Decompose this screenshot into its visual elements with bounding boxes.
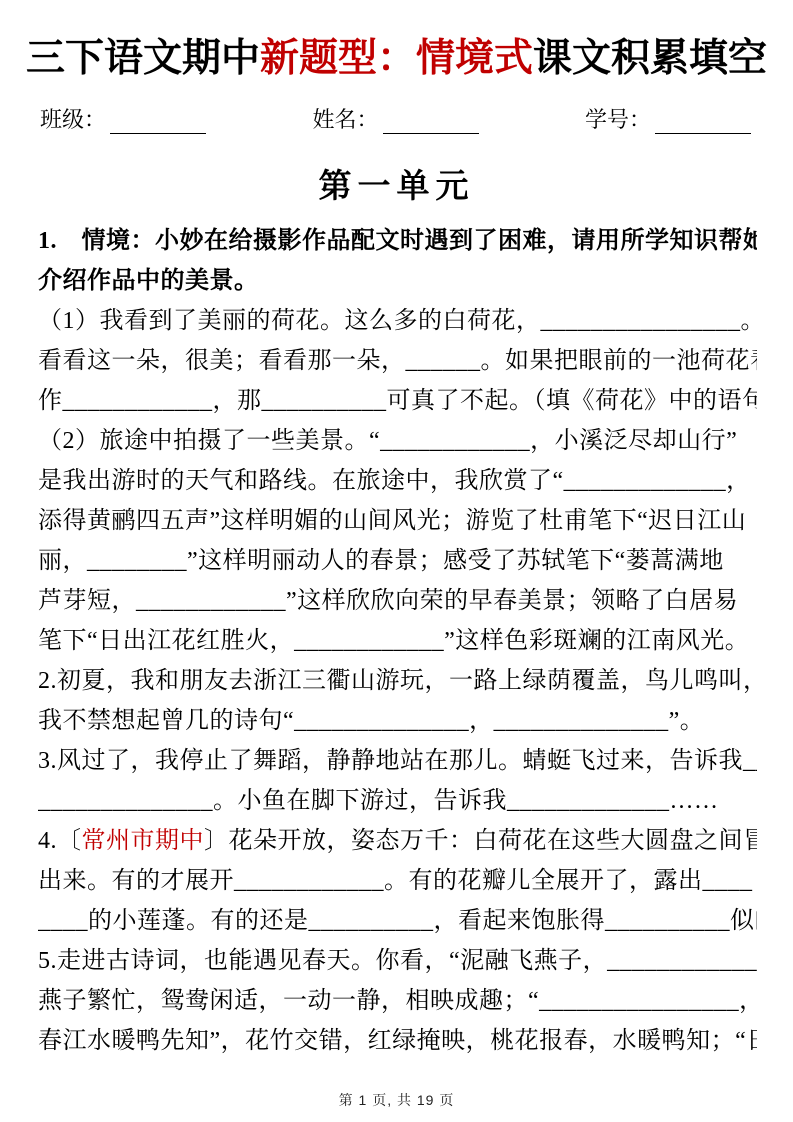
name-blank (383, 112, 479, 134)
q2-line-1: 2.初夏，我和朋友去浙江三衢山游玩，一路上绿荫覆盖，鸟儿鸣叫， (38, 661, 757, 701)
name-field: 姓名： (312, 103, 478, 134)
q1-sub2-line-1: （2）旅途中拍摄了一些美景。“____________，小溪泛尽却山行” (38, 421, 757, 461)
q1-sub2-line-3: 添得黄鹂四五声”这样明媚的山间风光；游览了杜甫笔下“迟日江山 (38, 501, 757, 541)
q1-sub2-line-5: 芦芽短，____________”这样欣欣向荣的早春美景；领略了白居易 (38, 581, 757, 621)
title-part-red: 新题型：情境式 (260, 37, 533, 80)
q4-line-1: 4.〔常州市期中〕花朵开放，姿态万千：白荷花在这些大圆盘之间冒 (38, 821, 757, 861)
student-id-label: 学号： (585, 107, 651, 132)
class-blank (110, 112, 206, 134)
q3-line-2: ______________。小鱼在脚下游过，告诉我_____________…… (38, 781, 757, 821)
student-id-blank (655, 112, 751, 134)
page-title: 三下语文期中新题型：情境式课文积累填空 (0, 36, 793, 83)
q3-line-1: 3.风过了，我停止了舞蹈，静静地站在那儿。蜻蜓飞过来，告诉我__ (38, 741, 757, 781)
student-info-row: 班级： 姓名： 学号： (0, 103, 793, 134)
q4-suffix: 〕花朵开放，姿态万千：白荷花在这些大圆盘之间冒 (204, 828, 757, 854)
q1-intro-line-1: 1. 情境：小妙在给摄影作品配文时遇到了困难，请用所学知识帮她 (38, 221, 757, 261)
q5-line-1: 5.走进古诗词，也能遇见春天。你看，“泥融飞燕子，____________”， (38, 941, 757, 981)
title-part-black1: 三下语文期中 (26, 37, 260, 80)
name-label: 姓名： (312, 107, 378, 132)
q4-line-2: 出来。有的才展开____________。有的花瓣儿全展开了，露出____ (38, 861, 757, 901)
class-field: 班级： (40, 103, 206, 134)
title-part-black2: 课文积累填空 (533, 37, 767, 80)
q1-intro-line-2: 介绍作品中的美景。 (38, 261, 757, 301)
page-number: 第 1 页, 共 19 页 (0, 1090, 793, 1110)
q1-sub2-line-4: 丽，________”这样明丽动人的春景；感受了苏轼笔下“蒌蒿满地 (38, 541, 757, 581)
class-label: 班级： (40, 107, 106, 132)
worksheet-body: 1. 情境：小妙在给摄影作品配文时遇到了困难，请用所学知识帮她 介绍作品中的美景… (0, 221, 793, 1061)
q1-sub1-line-1: （1）我看到了美丽的荷花。这么多的白荷花，________________。 (38, 301, 757, 341)
q4-exam-tag: 常州市期中 (82, 828, 205, 854)
worksheet-page: 三下语文期中新题型：情境式课文积累填空 班级： 姓名： 学号： 第一单元 1. … (0, 0, 793, 1122)
q1-sub2-line-6: 笔下“日出江花红胜火，____________”这样色彩斑斓的江南风光。 (38, 621, 757, 661)
q5-line-3: 春江水暖鸭先知”，花竹交错，红绿掩映，桃花报春，水暖鸭知；“日 (38, 1021, 757, 1061)
q1-sub1-line-3: 作____________，那__________可真了不起。（填《荷花》中的语… (38, 381, 757, 421)
q1-sub1-line-2: 看看这一朵，很美；看看那一朵，______。如果把眼前的一池荷花看 (38, 341, 757, 381)
q4-prefix: 4.〔 (38, 828, 82, 854)
q1-sub2-line-2: 是我出游时的天气和路线。在旅途中，我欣赏了“_____________， (38, 461, 757, 501)
section-heading: 第一单元 (0, 160, 793, 207)
q5-line-2: 燕子繁忙，鸳鸯闲适，一动一静，相映成趣；“________________， (38, 981, 757, 1021)
q4-line-3: ____的小莲蓬。有的还是__________，看起来饱胀得__________… (38, 901, 757, 941)
q2-line-2: 我不禁想起曾几的诗句“______________，______________… (38, 701, 757, 741)
student-id-field: 学号： (585, 103, 751, 134)
